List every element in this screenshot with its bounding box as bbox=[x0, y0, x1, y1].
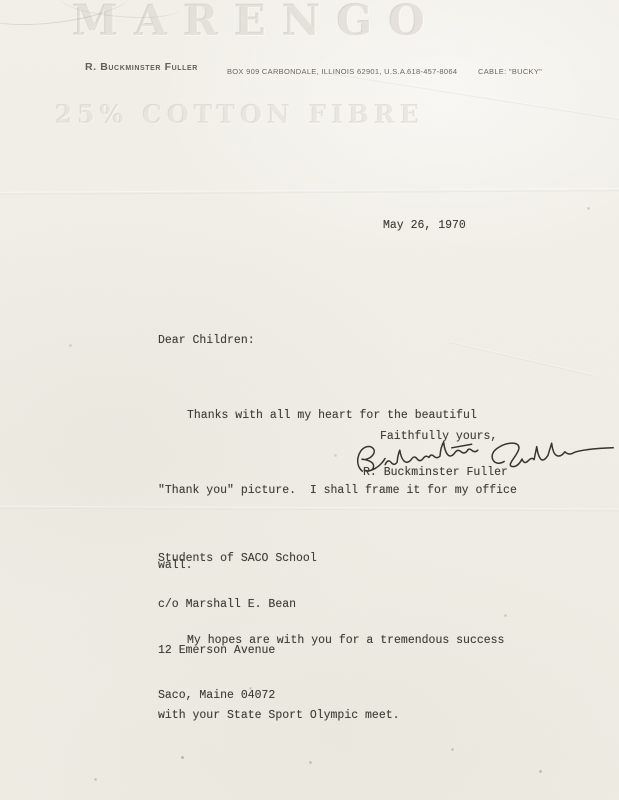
typed-signature-name: R. Buckminster Fuller bbox=[363, 466, 508, 479]
recipient-line: Saco, Maine 04072 bbox=[158, 688, 317, 703]
letterhead-phone: 618-457-8064 bbox=[407, 67, 457, 76]
corner-wrinkle bbox=[59, 0, 181, 22]
watermark-brand: MARENGO bbox=[72, 0, 441, 45]
recipient-line: c/o Marshall E. Bean bbox=[158, 597, 317, 612]
watermark-grade: 25% COTTON FIBRE bbox=[55, 100, 424, 129]
scanned-letter-page: MARENGO 25% COTTON FIBRE R. Buckminster … bbox=[0, 0, 619, 800]
recipient-address-block: Students of SACO School c/o Marshall E. … bbox=[158, 521, 317, 734]
recipient-line: Students of SACO School bbox=[158, 551, 317, 566]
corner-wrinkle bbox=[0, 0, 132, 32]
paper-specks bbox=[0, 0, 1, 1]
diagonal-crease bbox=[328, 72, 619, 122]
closing-line: Faithfully yours, bbox=[380, 430, 497, 443]
body-line: Thanks with all my heart for the beautif… bbox=[158, 403, 517, 428]
letter-date: May 26, 1970 bbox=[383, 219, 466, 232]
letterhead-cable: CABLE: "BUCKY" bbox=[478, 67, 542, 76]
letterhead-address: BOX 909 CARBONDALE, ILLINOIS 62901, U.S.… bbox=[227, 67, 408, 76]
letterhead-name: R. Buckminster Fuller bbox=[85, 61, 198, 73]
body-line: "Thank you" picture. I shall frame it fo… bbox=[158, 478, 517, 503]
fold-crease bbox=[0, 188, 619, 195]
salutation: Dear Children: bbox=[158, 328, 517, 353]
recipient-line: 12 Emerson Avenue bbox=[158, 643, 317, 658]
